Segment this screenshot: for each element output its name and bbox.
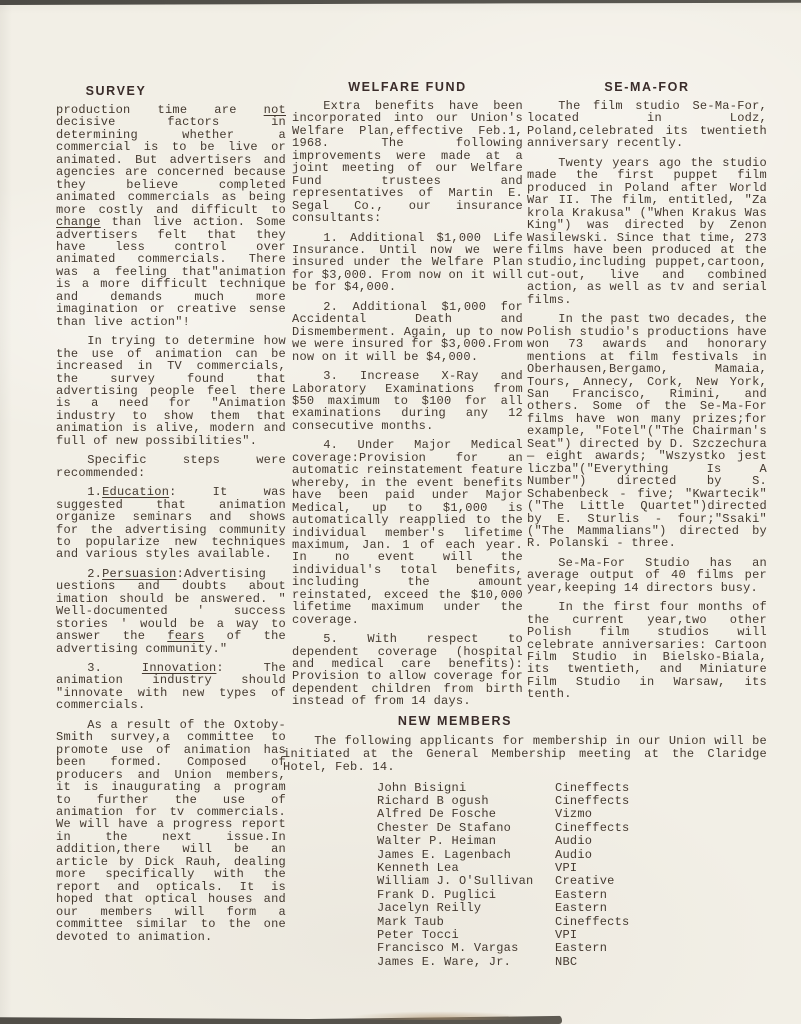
member-row: Chester De StafanoCineffects — [377, 822, 767, 835]
member-row: Frank D. PugliciEastern — [377, 889, 767, 902]
member-company: VPI — [555, 929, 577, 942]
member-company: Creative — [555, 875, 615, 888]
member-company: Vizmo — [555, 808, 592, 821]
new-members-intro: The following applicants for membership … — [283, 735, 767, 775]
paragraph: As a result of the Oxtoby-Smith survey,a… — [56, 719, 286, 943]
paragraph: The film studio Se-Ma-For, located in Lo… — [527, 100, 767, 150]
paragraph: 4. Under Major Medical coverage:Provisio… — [292, 439, 523, 626]
member-company: Cineffects — [555, 795, 630, 808]
member-row: Walter P. HeimanAudio — [377, 835, 767, 848]
paragraph: Se-Ma-For Studio has an average output o… — [527, 557, 767, 594]
member-row: Kenneth LeaVPI — [377, 862, 767, 875]
scan-smudge — [318, 1008, 558, 1020]
paragraph: In the past two decades, the Polish stud… — [527, 313, 767, 550]
column-welfare-fund: WELFARE FUND Extra benefits have been in… — [292, 80, 523, 715]
paragraph: In trying to determine how the use of an… — [56, 335, 286, 447]
member-name: William J. O'Sullivan — [377, 875, 555, 888]
member-name: Kenneth Lea — [377, 862, 555, 875]
member-name: Mark Taub — [377, 916, 555, 929]
member-row: Jacelyn ReillyEastern — [377, 902, 767, 915]
member-company: Audio — [555, 849, 592, 862]
member-company: Eastern — [555, 889, 607, 902]
paragraph: Specific steps were recommended: — [56, 454, 286, 479]
member-row: Peter TocciVPI — [377, 929, 767, 942]
member-row: John BisigniCineffects — [377, 782, 767, 795]
survey-paragraphs: production time are not decisive factors… — [56, 104, 286, 943]
member-name: Frank D. Puglici — [377, 889, 555, 902]
member-name: Peter Tocci — [377, 929, 555, 942]
member-row: James E. LagenbachAudio — [377, 849, 767, 862]
member-company: Eastern — [555, 942, 607, 955]
member-row: William J. O'SullivanCreative — [377, 875, 767, 888]
column-survey: SURVEY production time are not decisive … — [56, 84, 286, 950]
paragraph: production time are not decisive factors… — [56, 104, 286, 328]
member-company: Audio — [555, 835, 592, 848]
se-ma-for-heading: SE-MA-FOR — [527, 80, 767, 94]
paragraph: 2.Persuasion:Advertising uestions and do… — [56, 568, 286, 655]
member-company: NBC — [555, 956, 577, 969]
new-members-section: NEW MEMBERS The following applicants for… — [283, 714, 767, 969]
member-row: James E. Ware, Jr.NBC — [377, 956, 767, 969]
welfare-fund-paragraphs: Extra benefits have been incorporated in… — [292, 100, 523, 708]
member-row: Mark TaubCineffects — [377, 916, 767, 929]
member-name: Francisco M. Vargas — [377, 942, 555, 955]
paragraph: 1.Education: It was suggested that anima… — [56, 486, 286, 561]
paragraph: 3. Innovation: The animation industry sh… — [56, 662, 286, 712]
column-se-ma-for: SE-MA-FOR The film studio Se-Ma-For, loc… — [527, 80, 767, 708]
paragraph: 1. Additional $1,000 Life Insurance. Unt… — [292, 232, 523, 294]
member-name: Alfred De Fosche — [377, 808, 555, 821]
welfare-fund-heading: WELFARE FUND — [292, 80, 523, 94]
paragraph: 5. With respect to dependent coverage (h… — [292, 633, 523, 708]
new-members-heading: NEW MEMBERS — [283, 714, 627, 728]
new-members-list: John BisigniCineffectsRichard B ogushCin… — [377, 782, 767, 970]
survey-heading: SURVEY — [51, 84, 181, 98]
paragraph: 2. Additional $1,000 for Accidental Deat… — [292, 301, 523, 363]
member-name: Richard B ogush — [377, 795, 555, 808]
member-company: Eastern — [555, 902, 607, 915]
member-name: Chester De Stafano — [377, 822, 555, 835]
member-name: Jacelyn Reilly — [377, 902, 555, 915]
se-ma-for-paragraphs: The film studio Se-Ma-For, located in Lo… — [527, 100, 767, 701]
member-row: Alfred De FoscheVizmo — [377, 808, 767, 821]
member-company: Cineffects — [555, 782, 630, 795]
member-company: Cineffects — [555, 822, 630, 835]
member-name: Walter P. Heiman — [377, 835, 555, 848]
paragraph: Twenty years ago the studio made the fir… — [527, 157, 767, 306]
member-row: Francisco M. VargasEastern — [377, 942, 767, 955]
paragraph: 3. Increase X-Ray and Laboratory Examina… — [292, 370, 523, 432]
paragraph: Extra benefits have been incorporated in… — [292, 100, 523, 225]
newsletter-page: SURVEY production time are not decisive … — [0, 0, 801, 1024]
member-name: John Bisigni — [377, 782, 555, 795]
scan-edge-top — [0, 0, 801, 5]
member-name: James E. Ware, Jr. — [377, 956, 555, 969]
paragraph: In the first four months of the current … — [527, 601, 767, 701]
member-company: VPI — [555, 862, 577, 875]
member-row: Richard B ogushCineffects — [377, 795, 767, 808]
member-name: James E. Lagenbach — [377, 849, 555, 862]
member-company: Cineffects — [555, 916, 630, 929]
